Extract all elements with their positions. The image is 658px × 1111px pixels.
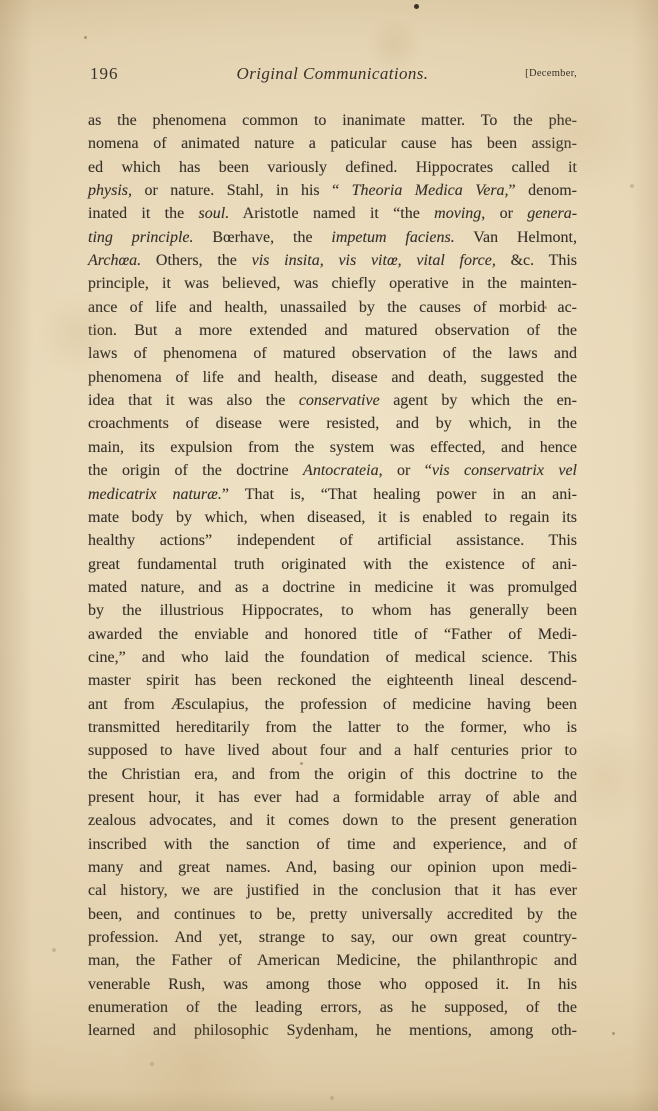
- paper-speck: [612, 1032, 615, 1035]
- text-line: ant from Æsculapius, the profession of m…: [88, 693, 577, 716]
- text-line: phenomena of life and health, disease an…: [88, 366, 577, 389]
- text-line: awarded the enviable and honored title o…: [88, 623, 577, 646]
- text-line: zealous advocates, and it comes down to …: [88, 809, 577, 832]
- issue-date-label: [December,: [525, 68, 577, 79]
- text-line: inated it the soul. Aristotle named it “…: [88, 202, 577, 225]
- text-line: supposed to have lived about four and a …: [88, 739, 577, 762]
- paper-speck: [84, 36, 87, 39]
- text-line: ed which has been variously defined. Hip…: [88, 156, 577, 179]
- running-title: Original Communications.: [88, 64, 577, 84]
- text-line: healthy actions” independent of artifici…: [88, 529, 577, 552]
- text-line: inscribed with the sanction of time and …: [88, 833, 577, 856]
- text-line: mated nature, and as a doctrine in medic…: [88, 576, 577, 599]
- body-text: as the phenomena common to inanimate mat…: [88, 109, 577, 1043]
- text-line: tion. But a more extended and matured ob…: [88, 319, 577, 342]
- text-line: ting principle. Bœrhave, the impetum fac…: [88, 226, 577, 249]
- page-header: 196 Original Communications. [December,: [88, 64, 577, 88]
- paper-speck: [414, 4, 419, 9]
- page-content: 196 Original Communications. [December, …: [88, 64, 577, 1043]
- text-line: idea that it was also the conservative a…: [88, 389, 577, 412]
- text-line: croachments of disease were resisted, an…: [88, 412, 577, 435]
- text-line: laws of phenomena of matured observation…: [88, 342, 577, 365]
- text-line: cal history, we are justified in the con…: [88, 879, 577, 902]
- text-line: as the phenomena common to inanimate mat…: [88, 109, 577, 132]
- text-line: nomena of animated nature a paticular ca…: [88, 132, 577, 155]
- text-line: by the illustrious Hippocrates, to whom …: [88, 599, 577, 622]
- paper-speck: [630, 184, 634, 188]
- paper-speck: [150, 1062, 154, 1066]
- text-line: Archœa. Others, the vis insita, vis vitœ…: [88, 249, 577, 272]
- paper-speck: [52, 948, 56, 952]
- text-line: great fundamental truth originated with …: [88, 553, 577, 576]
- text-line: master spirit has been reckoned the eigh…: [88, 669, 577, 692]
- text-line: mate body by which, when diseased, it is…: [88, 506, 577, 529]
- text-line: venerable Rush, was among those who oppo…: [88, 973, 577, 996]
- text-line: ance of life and health, unassailed by t…: [88, 296, 577, 319]
- text-line: the Christian era, and from the origin o…: [88, 763, 577, 786]
- text-line: transmitted hereditarily from the latter…: [88, 716, 577, 739]
- text-line: present hour, it has ever had a formidab…: [88, 786, 577, 809]
- text-line: cine,” and who laid the foundation of me…: [88, 646, 577, 669]
- text-line: the origin of the doctrine Antocrateia, …: [88, 459, 577, 482]
- paper-speck: [330, 1096, 334, 1100]
- scanned-book-page: 196 Original Communications. [December, …: [0, 0, 658, 1111]
- text-line: learned and philosophic Sydenham, he men…: [88, 1019, 577, 1042]
- text-line: enumeration of the leading errors, as he…: [88, 996, 577, 1019]
- text-line: many and great names. And, basing our op…: [88, 856, 577, 879]
- text-line: man, the Father of American Medicine, th…: [88, 949, 577, 972]
- text-line: profession. And yet, strange to say, our…: [88, 926, 577, 949]
- text-line: main, its expulsion from the system was …: [88, 436, 577, 459]
- text-line: medicatrix naturæ.” That is, “That heali…: [88, 483, 577, 506]
- text-line: been, and continues to be, pretty univer…: [88, 903, 577, 926]
- text-line: principle, it was believed, was chiefly …: [88, 272, 577, 295]
- text-line: physis, or nature. Stahl, in his “ Theor…: [88, 179, 577, 202]
